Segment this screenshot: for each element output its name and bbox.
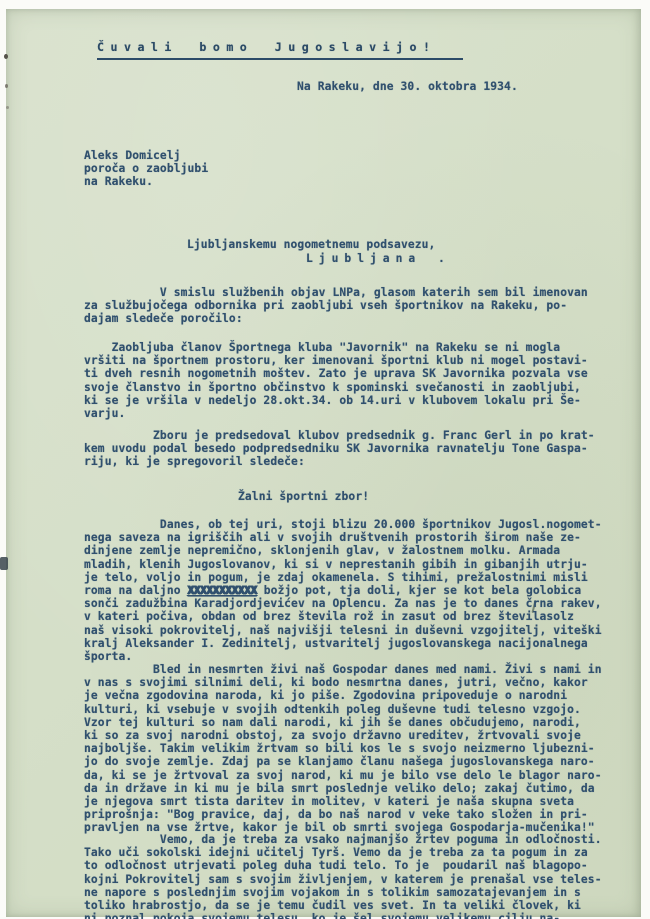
struck-out-word: XXXXXXXXXXX	[188, 584, 257, 597]
sender-block: Aleks Domicelj poroča o zaobljubi na Rak…	[84, 149, 208, 189]
recipient-line-2: Ljubljana .	[306, 252, 451, 265]
dateline: Na Rakeku, dne 30. oktobra 1934.	[297, 80, 518, 93]
punch-hole-mark	[5, 84, 8, 88]
punch-hole-mark	[4, 54, 8, 59]
paragraph-speech-2: Bled in nesmrten živi naš Gospodar danes…	[84, 663, 602, 835]
paragraph-speech-3: Vemo, da je treba za vsako najmanjšo žrt…	[84, 833, 602, 919]
recipient-line-1: Ljubljanskemu nogometnemu podsavezu,	[187, 238, 435, 251]
document-title: Čuvali bomo Jugoslavijo!	[97, 41, 463, 60]
ink-smudge	[0, 557, 8, 570]
paragraph-club-report: Zaobljuba članov Športnega kluba "Javorn…	[84, 341, 588, 420]
memorial-heading: Žalni športni zbor!	[238, 490, 369, 503]
punch-hole-mark	[6, 106, 9, 109]
paragraph-intro: V smislu službenih objav LNPa, glasom ka…	[84, 286, 588, 326]
paragraph-chairman: Zboru je predsedoval klubov predsednik g…	[84, 429, 595, 469]
paragraph-speech-1: Danes, ob tej uri, stoji blizu 20.000 šp…	[84, 518, 602, 663]
